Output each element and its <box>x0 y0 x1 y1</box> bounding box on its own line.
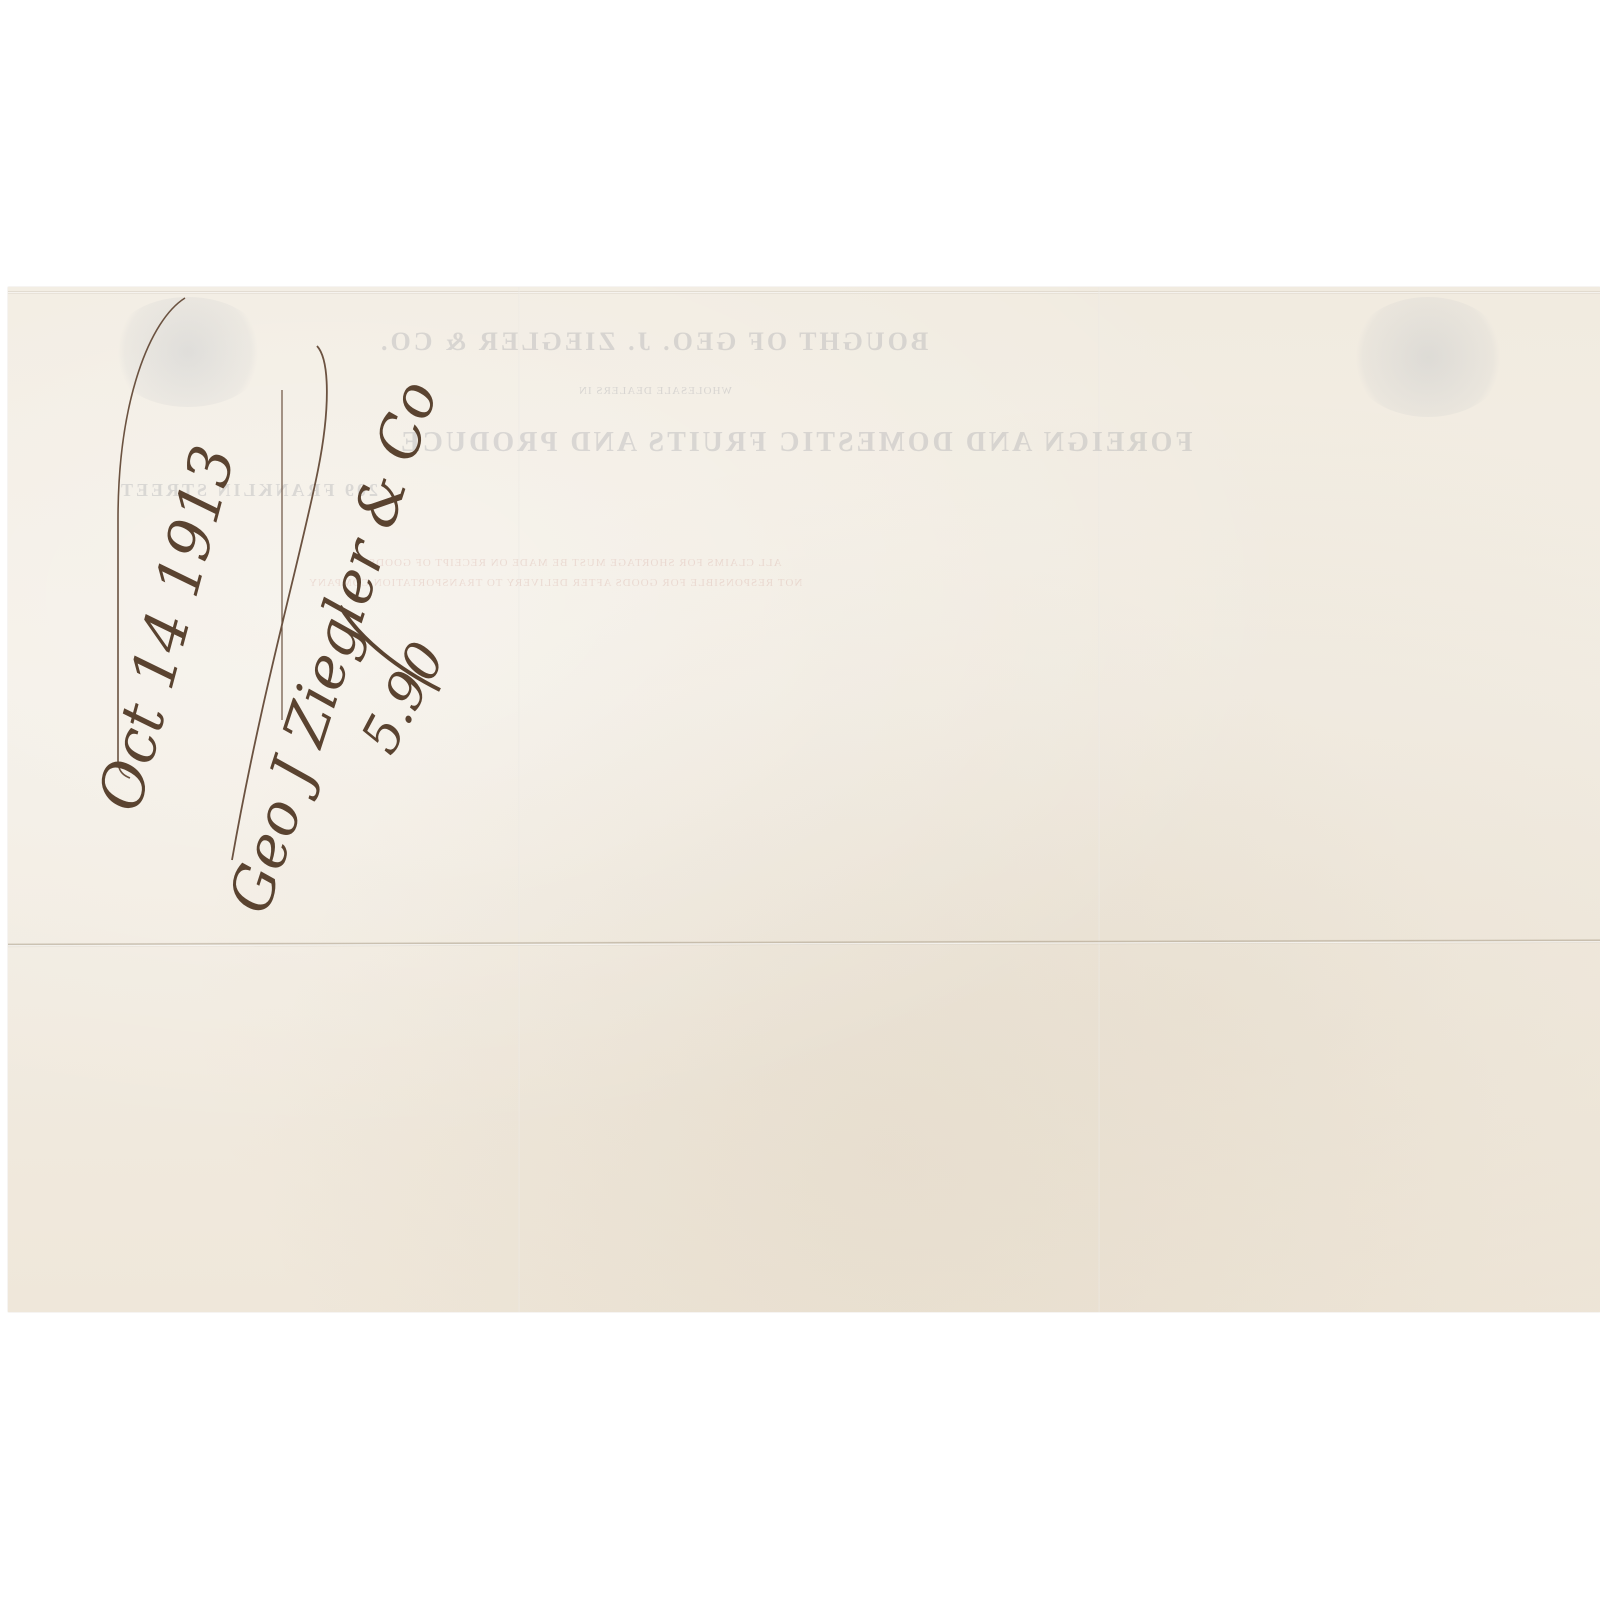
docket-frame-lines <box>0 0 1600 1600</box>
